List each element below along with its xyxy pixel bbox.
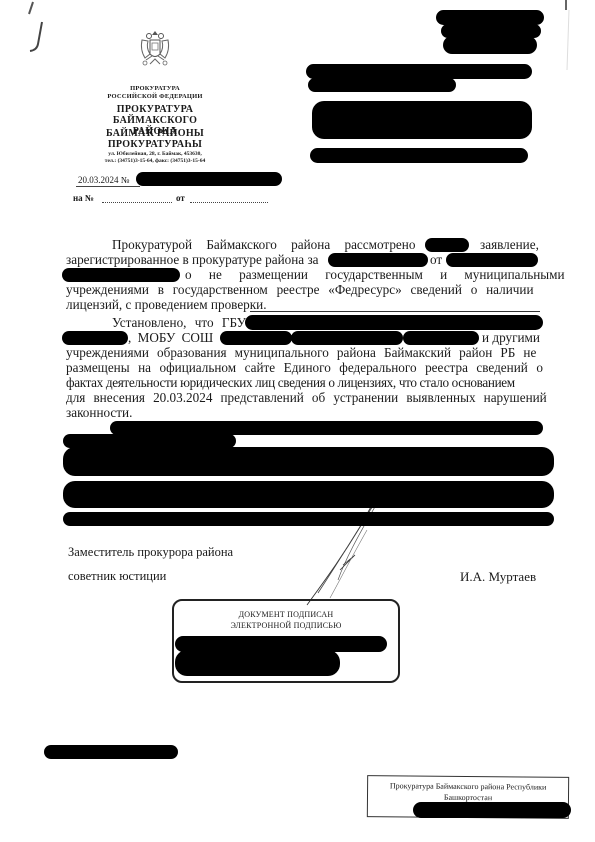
redacted-paragraph xyxy=(110,421,543,435)
address: ул. Юбилейная, 28, г. Баймак, 453630, xyxy=(85,151,225,157)
redacted-recipient-name xyxy=(436,10,544,25)
redacted-recipient-name xyxy=(443,36,537,54)
dept-bash-line1: БАЙМАҠ РАЙОНЫ xyxy=(90,128,220,139)
signer-name: И.А. Муртаев xyxy=(460,569,536,585)
redacted-certificate-info xyxy=(175,650,340,676)
body-text: зарегистрированное в прокуратуре района … xyxy=(66,252,319,268)
body-text: о не размещении государственным и муници… xyxy=(185,267,565,283)
redacted-executor xyxy=(44,745,178,759)
redacted-applicant xyxy=(446,253,538,267)
dept-name-line1: ПРОКУРАТУРА xyxy=(90,104,220,115)
stamp-title-line2: ЭЛЕКТРОННОЙ ПОДПИСЬЮ xyxy=(174,620,398,631)
org-name-line1: ПРОКУРАТУРА xyxy=(90,85,220,92)
date-underline xyxy=(76,186,140,187)
redacted-school-name xyxy=(291,331,403,345)
redacted-institution-name xyxy=(62,331,128,345)
body-text: фактах деятельности юридических лиц свед… xyxy=(66,375,515,391)
redacted-school-name xyxy=(220,331,292,345)
redacted-recipient-email xyxy=(310,148,528,163)
redacted-registration-number xyxy=(413,802,571,818)
redacted-registration-number xyxy=(328,253,428,267)
redacted-institution-name xyxy=(245,315,543,330)
redacted-school-name xyxy=(403,331,479,345)
ref-date-label: от xyxy=(176,193,185,203)
phones: тел.: (34751)3-15-64, факс: (34751)3-15-… xyxy=(85,158,225,164)
redacted-applicant xyxy=(62,268,180,282)
body-text: законности. xyxy=(66,405,132,421)
russian-coat-of-arms-icon xyxy=(138,28,172,70)
org-name-line2: РОССИЙСКОЙ ФЕДЕРАЦИИ xyxy=(90,93,220,100)
body-text: Прокуратурой Баймакского района рассмотр… xyxy=(112,237,415,253)
body-text: , МОБУ СОШ xyxy=(128,330,213,346)
redacted-recipient-details xyxy=(312,101,532,139)
body-text: учреждениями в государственном реестре «… xyxy=(66,282,534,298)
redacted-paragraph xyxy=(63,447,554,476)
redacted-doc-number xyxy=(136,172,282,186)
body-text: учреждениями образования муниципального … xyxy=(66,345,536,361)
dept-bash-line2: ПРОКУРАТУРАҺЫ xyxy=(90,139,220,150)
ref-number-label: на № xyxy=(73,193,94,203)
underline-mark xyxy=(250,311,540,312)
redacted-paragraph xyxy=(63,512,554,526)
ref-date-field xyxy=(190,202,268,203)
body-text: размещены на официальном сайте Единого ф… xyxy=(66,360,543,376)
signer-position: Заместитель прокурора района xyxy=(68,545,233,560)
redacted-recipient-address xyxy=(306,64,532,79)
body-text: лицензий, с проведением проверки. xyxy=(66,297,267,313)
body-text: для внесения 20.03.2024 представлений об… xyxy=(66,390,547,406)
redacted-paragraph xyxy=(63,434,236,448)
date-number: 20.03.2024 № xyxy=(78,175,129,185)
stamp-title-line1: ДОКУМЕНТ ПОДПИСАН xyxy=(174,609,398,620)
body-text: и другими xyxy=(482,330,540,346)
body-text: от xyxy=(430,252,442,268)
body-text: заявление, xyxy=(480,237,539,253)
body-text: Установлено, что ГБУ xyxy=(112,315,246,331)
signer-rank: советник юстиции xyxy=(68,569,166,584)
redacted-recipient-address xyxy=(308,78,456,92)
redacted-date xyxy=(425,238,469,252)
ref-number-field xyxy=(102,202,172,203)
redacted-paragraph xyxy=(63,481,554,508)
